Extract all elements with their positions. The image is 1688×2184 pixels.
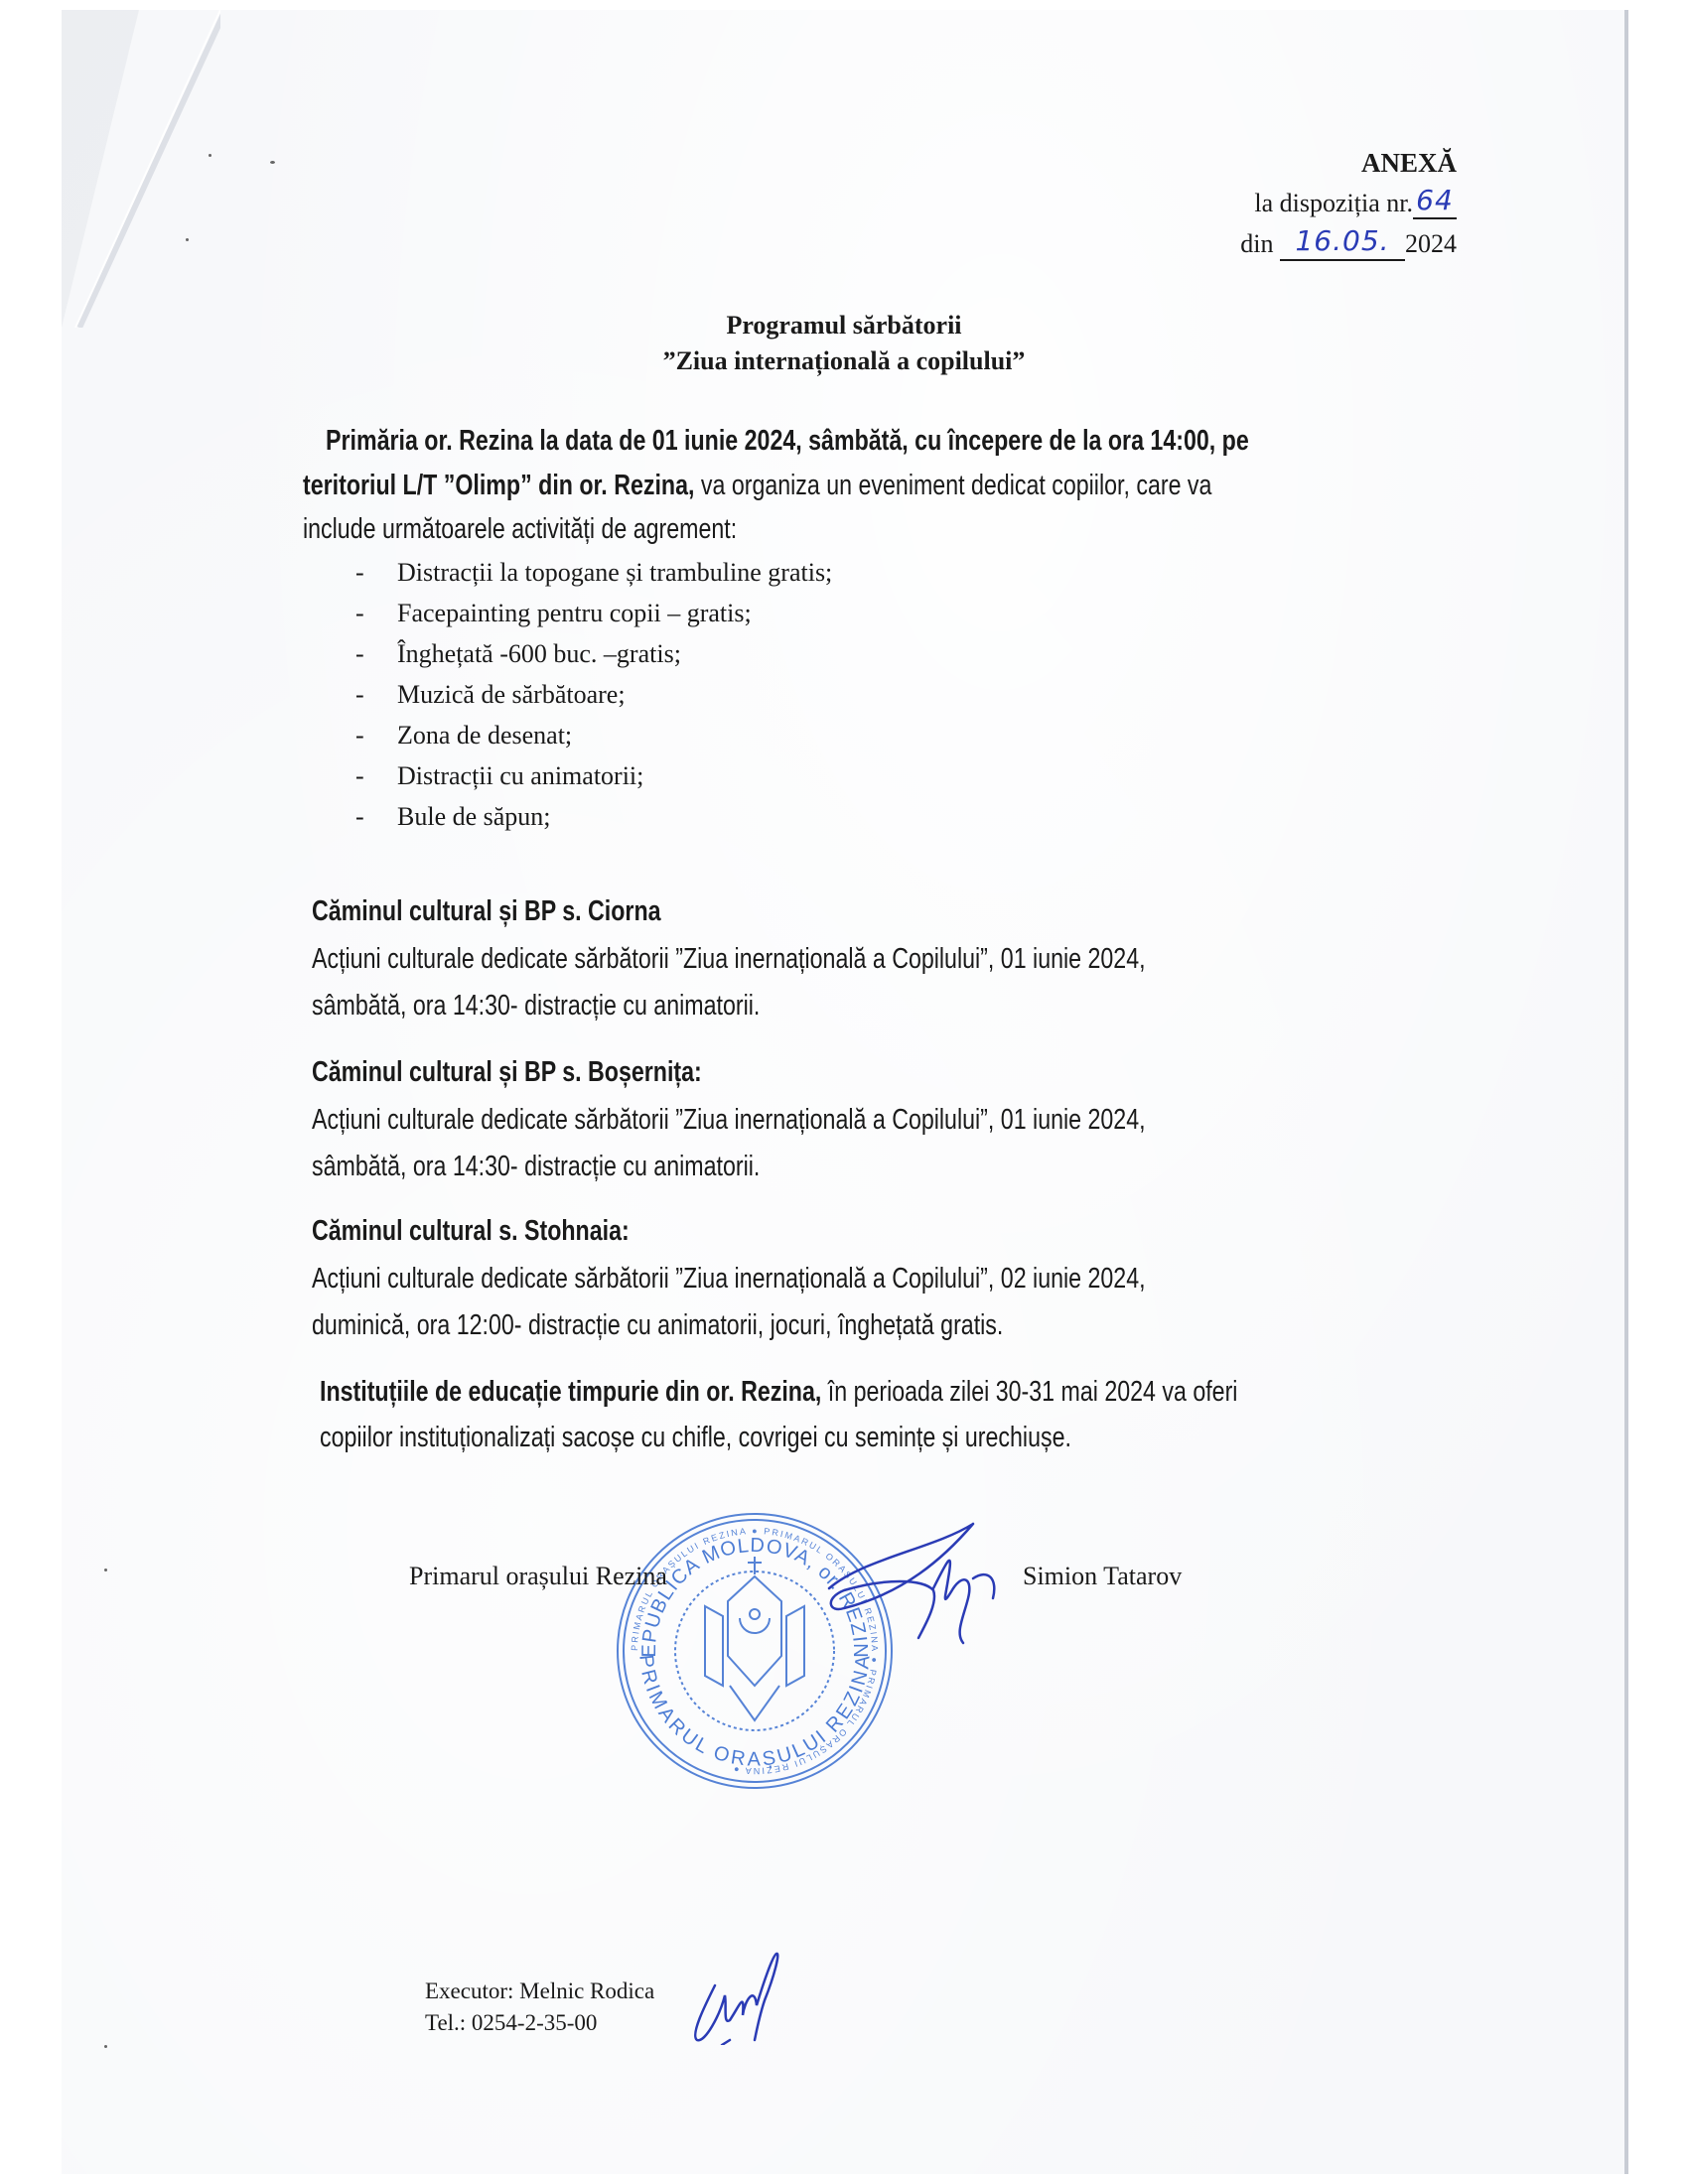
mayor-signature	[824, 1519, 1013, 1658]
disposition-number: 64	[1416, 184, 1454, 216]
intro-bold-2: teritoriul L/T ”Olimp” din or. Rezina,	[303, 470, 694, 501]
section-heading: Căminul cultural și BP s. Ciorna	[312, 893, 1146, 929]
section-stohnaia: Căminul cultural s. Stohnaia: Acțiuni cu…	[312, 1213, 1353, 1343]
section-line: Acțiuni culturale dedicate sărbătorii ”Z…	[312, 941, 1146, 977]
section-heading: Căminul cultural și BP s. Boșernița:	[312, 1054, 1146, 1090]
section-bosernita: Căminul cultural și BP s. Boșernița: Acț…	[312, 1054, 1353, 1184]
stamp-inner-text: PRIMARUL ORAȘULUI REZINA	[634, 1654, 874, 1771]
executor-signature	[685, 1946, 794, 2045]
section-ciorna: Căminul cultural și BP s. Ciorna Acțiuni…	[312, 893, 1353, 1024]
executor-block: Executor: Melnic Rodica Tel.: 0254-2-35-…	[425, 1976, 654, 2039]
annex-header: ANEXĂ la dispoziția nr.64 din 16.05.2024	[1240, 147, 1457, 263]
scan-speck	[104, 1569, 107, 1571]
date-prefix: din	[1240, 229, 1273, 258]
disposition-number-field: 64	[1413, 183, 1457, 220]
intro-line2: teritoriul L/T ”Olimp” din or. Rezina, v…	[303, 468, 1439, 503]
document-title-line2: ”Ziua internațională a copilului”	[0, 345, 1688, 378]
date-year: 2024	[1405, 229, 1457, 258]
list-item: -Muzică de sărbătoare;	[355, 674, 832, 715]
section-line: duminică, ora 12:00- distracție cu anima…	[312, 1307, 1146, 1343]
institutions-line2: copiilor instituționalizați sacoșe cu ch…	[320, 1420, 1237, 1455]
institutions-bold: Instituțiile de educație timpurie din or…	[320, 1376, 821, 1408]
document-title-line1: Programul sărbătorii	[0, 310, 1688, 342]
institutions-normal: în perioada zilei 30-31 mai 2024 va ofer…	[821, 1376, 1237, 1408]
executor-label: Executor: Melnic Rodica	[425, 1976, 654, 2007]
section-heading: Căminul cultural s. Stohnaia:	[312, 1213, 1146, 1249]
list-item: -Înghețată -600 buc. –gratis;	[355, 633, 832, 674]
activities-list: -Distracții la topogane și trambuline gr…	[355, 552, 832, 837]
section-line: sâmbătă, ora 14:30- distracție cu animat…	[312, 988, 1146, 1024]
signatory-name: Simion Tatarov	[1023, 1561, 1182, 1593]
scan-speck	[186, 238, 189, 241]
intro-normal-3: include următoarele activități de agreme…	[303, 511, 737, 547]
section-line: Acțiuni culturale dedicate sărbătorii ”Z…	[312, 1261, 1146, 1297]
svg-text:PRIMARUL ORAȘULUI REZINA: PRIMARUL ORAȘULUI REZINA	[634, 1654, 874, 1771]
date-line: din 16.05.2024	[1240, 225, 1457, 263]
institutions-paragraph: Instituțiile de educație timpurie din or…	[320, 1374, 1468, 1456]
executor-phone: Tel.: 0254-2-35-00	[425, 2007, 654, 2039]
intro-normal-2: va organiza un eveniment dedicat copiilo…	[694, 470, 1211, 501]
section-line: sâmbătă, ora 14:30- distracție cu animat…	[312, 1149, 1146, 1184]
list-item: -Facepainting pentru copii – gratis;	[355, 593, 832, 633]
intro-bold-1: Primăria or. Rezina la data de 01 iunie …	[326, 423, 1249, 459]
disposition-label: la dispoziția nr.	[1254, 189, 1413, 217]
scan-speck	[209, 154, 211, 157]
list-item: -Distracții cu animatorii;	[355, 755, 832, 796]
scan-speck	[104, 2045, 107, 2048]
list-item: -Zona de desenat;	[355, 715, 832, 755]
intro-line1: Primăria or. Rezina la data de 01 iunie …	[326, 423, 1479, 459]
date-field: 16.05.	[1280, 223, 1405, 261]
intro-line3: include următoarele activități de agreme…	[303, 511, 845, 547]
signatory-role: Primarul orașului Rezina	[409, 1561, 667, 1593]
list-item: -Distracții la topogane și trambuline gr…	[355, 552, 832, 593]
disposition-line: la dispoziția nr.64	[1240, 185, 1457, 222]
section-line: Acțiuni culturale dedicate sărbătorii ”Z…	[312, 1102, 1146, 1138]
list-item: -Bule de săpun;	[355, 796, 832, 837]
scan-speck	[270, 161, 275, 164]
annex-title: ANEXĂ	[1240, 147, 1457, 181]
date-handwritten: 16.05.	[1295, 224, 1389, 257]
